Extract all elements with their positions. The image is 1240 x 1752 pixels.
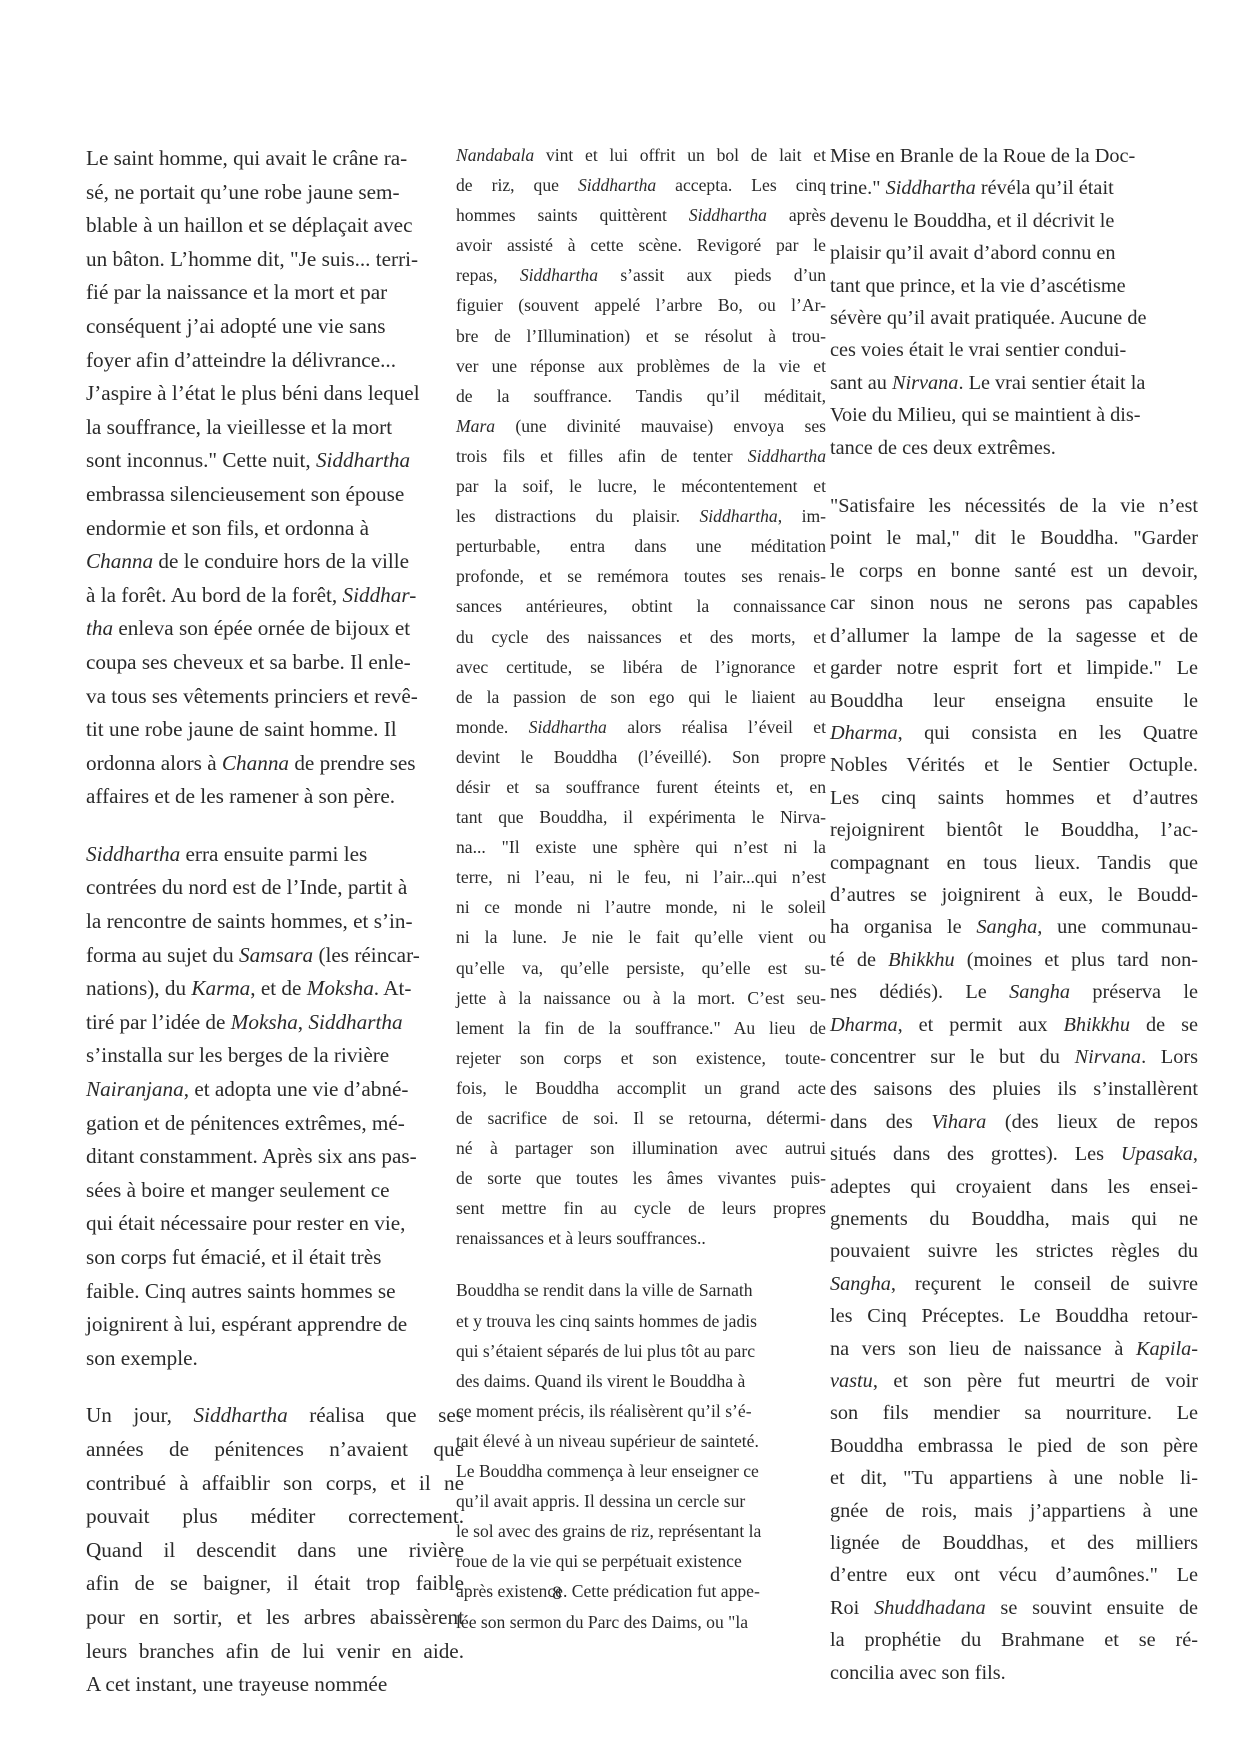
text-run: le sol avec des grains de riz, représent…: [456, 1521, 761, 1541]
paragraph: Nandabala vint et lui offrit un bol de l…: [456, 140, 826, 1253]
text-line: tant que prince, et la vie d’ascétisme: [830, 270, 1198, 302]
text-line: Mise en Branle de la Roue de la Doc-: [830, 140, 1198, 172]
text-line: figuier (souvent appelé l’arbre Bo, ou l…: [456, 290, 826, 320]
text-run: pouvaient suivre les strictes règles du: [830, 1240, 1198, 1262]
text-line: s’installa sur les berges de la rivière: [86, 1039, 464, 1073]
text-line: sées à boire et manger seulement ce: [86, 1174, 464, 1208]
text-line: Siddhartha erra ensuite parmi les: [86, 838, 464, 872]
text-line: ordonna alors à Channa de prendre ses: [86, 747, 464, 781]
text-run: qu’il avait appris. Il dessina un cercle…: [456, 1491, 745, 1511]
italic-term: Karma: [191, 976, 250, 1000]
text-run: erra ensuite parmi les: [180, 842, 367, 866]
text-line: trois fils et filles afin de tenter Sidd…: [456, 441, 826, 471]
text-line: plaisir qu’il avait d’abord connu en: [830, 237, 1198, 269]
text-run: gnements du Bouddha, mais qui ne: [830, 1208, 1198, 1230]
italic-term: Siddhartha: [308, 1010, 402, 1034]
text-line: car sinon nous ne serons pas capables: [830, 587, 1198, 619]
text-line: gnée de rois, mais j’appartiens à une: [830, 1495, 1198, 1527]
text-line: sant au Nirvana. Le vrai sentier était l…: [830, 367, 1198, 399]
text-line: monde. Siddhartha alors réalisa l’éveil …: [456, 712, 826, 742]
text-line: Le Bouddha commença à leur enseigner ce: [456, 1456, 826, 1486]
text-line: qu’il avait appris. Il dessina un cercle…: [456, 1486, 826, 1516]
text-line: embrassa silencieusement son épouse: [86, 478, 464, 512]
text-line: son fils mendier sa nourriture. Le: [830, 1397, 1198, 1429]
italic-term: Siddhartha: [689, 205, 767, 225]
text-line: blable à un haillon et se déplaçait avec: [86, 209, 464, 243]
italic-term: Samsara: [239, 943, 313, 967]
text-line: de riz, que Siddhartha accepta. Les cinq: [456, 170, 826, 200]
text-line: ni la lune. Je nie le fait qu’elle vient…: [456, 922, 826, 952]
text-line: tiré par l’idée de Moksha, Siddhartha: [86, 1006, 464, 1040]
text-run: ni ce monde ni l’autre monde, ni le sole…: [456, 897, 826, 917]
text-line: nations), du Karma, et de Moksha. At-: [86, 972, 464, 1006]
text-line: de sacrifice de soi. Il se retourna, dét…: [456, 1103, 826, 1133]
text-line: contrées du nord est de l’Inde, partit à: [86, 871, 464, 905]
italic-term: Sangha: [976, 916, 1037, 938]
text-line: ha organisa le Sangha, une communau-: [830, 911, 1198, 943]
italic-term: Vihara: [931, 1111, 986, 1133]
text-line: contribué à affaiblir son corps, et il n…: [86, 1467, 464, 1501]
italic-term: Kapila-: [1136, 1338, 1198, 1360]
text-line: devenu le Bouddha, et il décrivit le: [830, 205, 1198, 237]
text-run: de le conduire hors de la ville: [153, 549, 409, 573]
text-run: forma au sujet du: [86, 943, 239, 967]
column-middle: Nandabala vint et lui offrit un bol de l…: [456, 140, 826, 1637]
italic-term: Dharma: [830, 1014, 898, 1036]
text-line: repas, Siddhartha s’assit aux pieds d’un: [456, 260, 826, 290]
text-run: point le mal," dit le Bouddha. "Garder: [830, 527, 1198, 549]
text-run: , et son père fut meurtri de voir: [873, 1370, 1198, 1392]
text-run: et dit, "Tu appartiens à une noble li-: [830, 1467, 1198, 1489]
text-run: tiré par l’idée de: [86, 1010, 231, 1034]
text-run: vint et lui offrit un bol de lait et: [534, 145, 826, 165]
text-run: embrassa silencieusement son épouse: [86, 482, 404, 506]
italic-term: Siddhar-: [343, 583, 417, 607]
text-run: compagnant en tous lieux. Tandis que: [830, 852, 1198, 874]
text-line: de la passion de son ego qui le liaient …: [456, 682, 826, 712]
text-run: après existence. Cette prédication fut a…: [456, 1581, 760, 1601]
text-line: des daims. Quand ils virent le Bouddha à: [456, 1366, 826, 1396]
italic-term: Nandabala: [456, 145, 534, 165]
text-run: rejeter son corps et son existence, tout…: [456, 1048, 826, 1068]
text-line: J’aspire à l’état le plus béni dans lequ…: [86, 377, 464, 411]
text-run: Nobles Vérités et le Sentier Octuple.: [830, 754, 1198, 776]
paragraph: Un jour, Siddhartha réalisa que sesannée…: [86, 1399, 464, 1701]
text-line: coupa ses cheveux et sa barbe. Il enle-: [86, 646, 464, 680]
text-line: jette à la naissance ou à la mort. C’est…: [456, 983, 826, 1013]
text-line: et y trouva les cinq saints hommes de ja…: [456, 1306, 826, 1336]
text-run: contrées du nord est de l’Inde, partit à: [86, 875, 407, 899]
text-line: sont inconnus." Cette nuit, Siddhartha: [86, 444, 464, 478]
text-run: après: [767, 205, 826, 225]
text-run: la souffrance, la vieillesse et la mort: [86, 415, 392, 439]
text-run: plaisir qu’il avait d’abord connu en: [830, 242, 1116, 264]
italic-term: Moksha: [231, 1010, 298, 1034]
text-run: de sorte que toutes les âmes vivantes pu…: [456, 1168, 826, 1188]
text-run: , qui consista en les Quatre: [898, 722, 1198, 744]
paragraph: Siddhartha erra ensuite parmi lescontrée…: [86, 838, 464, 1376]
text-run: ver une réponse aux problèmes de la vie …: [456, 356, 826, 376]
text-line: Bouddha leur enseigna ensuite le: [830, 685, 1198, 717]
text-line: point le mal," dit le Bouddha. "Garder: [830, 522, 1198, 554]
text-run: d’autres se joignirent à eux, le Boudd-: [830, 884, 1198, 906]
text-line: le sol avec des grains de riz, représent…: [456, 1516, 826, 1546]
text-line: compagnant en tous lieux. Tandis que: [830, 847, 1198, 879]
text-run: ha organisa le: [830, 916, 976, 938]
text-line: concilia avec son fils.: [830, 1657, 1198, 1689]
text-line: les Cinq Préceptes. Le Bouddha retour-: [830, 1300, 1198, 1332]
text-line: la prophétie du Brahmane et se ré-: [830, 1624, 1198, 1656]
text-line: A cet instant, une trayeuse nommée: [86, 1668, 464, 1702]
text-run: dans des: [830, 1111, 931, 1133]
text-run: affaires et de les ramener à son père.: [86, 784, 395, 808]
text-line: Quand il descendit dans une rivière: [86, 1534, 464, 1568]
text-run: terre, ni l’eau, ni le feu, ni l’air...q…: [456, 867, 826, 887]
text-line: des saisons des pluies ils s’installèren…: [830, 1073, 1198, 1105]
text-run: nes dédiés). Le: [830, 981, 1009, 1003]
italic-term: Channa: [222, 751, 289, 775]
text-line: Roi Shuddhadana se souvint ensuite de: [830, 1592, 1198, 1624]
text-run: son fils mendier sa nourriture. Le: [830, 1402, 1198, 1424]
text-run: , et permit aux: [898, 1014, 1064, 1036]
text-run: "Satisfaire les nécessités de la vie n’e…: [830, 495, 1198, 517]
text-run: tance de ces deux extrêmes.: [830, 437, 1056, 459]
text-run: sent mettre fin au cycle de leurs propre…: [456, 1198, 826, 1218]
text-run: Un jour,: [86, 1403, 194, 1427]
text-run: devint le Bouddha (l’éveillé). Son propr…: [456, 747, 826, 767]
text-run: s’assit aux pieds d’un: [598, 265, 826, 285]
text-run: , im-: [778, 506, 826, 526]
text-line: devint le Bouddha (l’éveillé). Son propr…: [456, 742, 826, 772]
text-line: sé, ne portait qu’une robe jaune sem-: [86, 176, 464, 210]
text-line: Nandabala vint et lui offrit un bol de l…: [456, 140, 826, 170]
text-run: (des lieux de repos: [986, 1111, 1198, 1133]
text-line: nes dédiés). Le Sangha préserva le: [830, 976, 1198, 1008]
text-run: ces voies était le vrai sentier condui-: [830, 339, 1126, 361]
text-line: té de Bhikkhu (moines et plus tard non-: [830, 944, 1198, 976]
italic-term: Siddhartha: [748, 446, 826, 466]
text-line: pouvait plus méditer correctement.: [86, 1500, 464, 1534]
text-run: coupa ses cheveux et sa barbe. Il enle-: [86, 650, 411, 674]
text-run: concentrer sur le but du: [830, 1046, 1075, 1068]
text-run: ni la lune. Je nie le fait qu’elle vient…: [456, 927, 826, 947]
text-run: Les cinq saints hommes et d’autres: [830, 787, 1198, 809]
text-line: avoir assisté à cette scène. Revigoré pa…: [456, 230, 826, 260]
text-run: Bouddha se rendit dans la ville de Sarna…: [456, 1280, 753, 1300]
text-line: ni ce monde ni l’autre monde, ni le sole…: [456, 892, 826, 922]
text-run: tait élevé à un niveau supérieur de sain…: [456, 1431, 759, 1451]
text-run: désir et sa souffrance furent éteints et…: [456, 777, 826, 797]
text-run: concilia avec son fils.: [830, 1662, 1006, 1684]
text-line: Nobles Vérités et le Sentier Octuple.: [830, 749, 1198, 781]
text-line: Un jour, Siddhartha réalisa que ses: [86, 1399, 464, 1433]
text-run: fois, le Bouddha accomplit un grand acte: [456, 1078, 826, 1098]
text-run: par la soif, le lucre, le mécontentement…: [456, 476, 826, 496]
text-line: Mara (une divinité mauvaise) envoya ses: [456, 411, 826, 441]
text-line: d’entre eux ont vécu d’aumônes." Le: [830, 1559, 1198, 1591]
text-line: vastu, et son père fut meurtri de voir: [830, 1365, 1198, 1397]
text-line: joignirent à lui, espérant apprendre de: [86, 1308, 464, 1342]
text-run: à la forêt. Au bord de la forêt,: [86, 583, 343, 607]
text-run: Quand il descendit dans une rivière: [86, 1538, 464, 1562]
text-line: qui s’étaient séparés de lui plus tôt au…: [456, 1336, 826, 1366]
text-run: contribué à affaiblir son corps, et il n…: [86, 1471, 464, 1495]
text-run: préserva le: [1070, 981, 1198, 1003]
text-run: qui s’étaient séparés de lui plus tôt au…: [456, 1341, 755, 1361]
text-run: perturbable, entra dans une méditation: [456, 536, 826, 556]
text-line: qu’elle va, qu’elle persiste, qu’elle es…: [456, 953, 826, 983]
text-run: . Le vrai sentier était la: [958, 372, 1145, 394]
text-run: , une communau-: [1037, 916, 1198, 938]
italic-term: Siddhartha: [194, 1403, 288, 1427]
text-line: bre de l’Illumination) et se résolut à t…: [456, 321, 826, 351]
text-run: sont inconnus." Cette nuit,: [86, 448, 316, 472]
italic-term: Upasaka: [1121, 1143, 1193, 1165]
text-line: rejoignirent bientôt le Bouddha, l’ac-: [830, 814, 1198, 846]
text-run: qu’elle va, qu’elle persiste, qu’elle es…: [456, 958, 826, 978]
text-run: té de: [830, 949, 888, 971]
text-run: de la souffrance. Tandis qu’il méditait,: [456, 386, 826, 406]
text-run: Bouddha leur enseigna ensuite le: [830, 690, 1198, 712]
text-line: d’allumer la lampe de la sagesse et de: [830, 620, 1198, 652]
text-line: afin de se baigner, il était trop faible: [86, 1567, 464, 1601]
text-run: révéla qu’il était: [976, 177, 1114, 199]
text-line: renaissances et à leurs souffrances..: [456, 1223, 826, 1253]
text-line: Bouddha embrassa le pied de son père: [830, 1430, 1198, 1462]
text-run: ,: [298, 1010, 309, 1034]
text-line: conséquent j’ai adopté une vie sans: [86, 310, 464, 344]
text-run: foyer afin d’atteindre la délivrance...: [86, 348, 396, 372]
text-run: endormie et son fils, et ordonna à: [86, 516, 369, 540]
text-line: avec certitude, se libéra de l’ignorance…: [456, 652, 826, 682]
text-line: du cycle des naissances et des morts, et: [456, 622, 826, 652]
text-run: sances antérieures, obtint la connaissan…: [456, 596, 826, 616]
text-run: adeptes qui croyaient dans les ensei-: [830, 1176, 1198, 1198]
text-run: qui était nécessaire pour rester en vie,: [86, 1211, 405, 1235]
text-run: alors réalisa l’éveil et: [607, 717, 826, 737]
text-line: ditant constamment. Après six ans pas-: [86, 1140, 464, 1174]
text-run: pouvait plus méditer correctement.: [86, 1504, 464, 1528]
italic-term: Siddhartha: [578, 175, 656, 195]
text-line: fois, le Bouddha accomplit un grand acte: [456, 1073, 826, 1103]
text-line: Sangha, reçurent le conseil de suivre: [830, 1268, 1198, 1300]
paragraph: "Satisfaire les nécessités de la vie n’e…: [830, 490, 1198, 1689]
text-line: Le saint homme, qui avait le crâne ra-: [86, 142, 464, 176]
text-line: tant que Bouddha, il expérimenta le Nirv…: [456, 802, 826, 832]
text-line: affaires et de les ramener à son père.: [86, 780, 464, 814]
text-run: J’aspire à l’état le plus béni dans lequ…: [86, 381, 420, 405]
text-run: blable à un haillon et se déplaçait avec: [86, 213, 413, 237]
text-run: trine.": [830, 177, 886, 199]
text-line: lement la fin de la souffrance." Au lieu…: [456, 1013, 826, 1043]
text-line: endormie et son fils, et ordonna à: [86, 512, 464, 546]
text-run: (une divinité mauvaise) envoya ses: [495, 416, 826, 436]
text-line: de la souffrance. Tandis qu’il méditait,: [456, 381, 826, 411]
text-run: de riz, que: [456, 175, 578, 195]
text-run: conséquent j’ai adopté une vie sans: [86, 314, 385, 338]
italic-term: Siddhartha: [86, 842, 180, 866]
italic-term: Bhikkhu: [1064, 1014, 1130, 1036]
text-run: lée son sermon du Parc des Daims, ou "la: [456, 1612, 748, 1632]
text-run: afin de se baigner, il était trop faible: [86, 1571, 464, 1595]
text-line: Dharma, qui consista en les Quatre: [830, 717, 1198, 749]
text-run: sévère qu’il avait pratiquée. Aucune de: [830, 307, 1146, 329]
text-run: . At-: [374, 976, 412, 1000]
text-run: , reçurent le conseil de suivre: [891, 1273, 1198, 1295]
text-run: Le Bouddha commença à leur enseigner ce: [456, 1461, 759, 1481]
text-line: gation et de pénitences extrêmes, mé-: [86, 1107, 464, 1141]
column-right: Mise en Branle de la Roue de la Doc-trin…: [830, 140, 1198, 1689]
text-line: roue de la vie qui se perpétuait existen…: [456, 1546, 826, 1576]
italic-term: Sangha: [830, 1273, 891, 1295]
text-run: monde.: [456, 717, 529, 737]
text-run: jette à la naissance ou à la mort. C’est…: [456, 988, 826, 1008]
text-run: avec certitude, se libéra de l’ignorance…: [456, 657, 826, 677]
text-run: figuier (souvent appelé l’arbre Bo, ou l…: [456, 295, 826, 315]
text-line: sances antérieures, obtint la connaissan…: [456, 591, 826, 621]
text-run: sé, ne portait qu’une robe jaune sem-: [86, 180, 400, 204]
text-run: tant que Bouddha, il expérimenta le Nirv…: [456, 807, 826, 827]
text-run: années de pénitences n’avaient que: [86, 1437, 464, 1461]
italic-term: Moksha: [307, 976, 374, 1000]
text-run: devenu le Bouddha, et il décrivit le: [830, 210, 1114, 232]
text-run: ,: [1193, 1143, 1198, 1165]
text-line: terre, ni l’eau, ni le feu, ni l’air...q…: [456, 862, 826, 892]
text-line: le corps en bonne santé est un devoir,: [830, 555, 1198, 587]
text-line: na... "Il existe une sphère qui n’est ni…: [456, 832, 826, 862]
italic-term: Siddhartha: [316, 448, 410, 472]
text-run: renaissances et à leurs souffrances..: [456, 1228, 706, 1248]
text-line: "Satisfaire les nécessités de la vie n’e…: [830, 490, 1198, 522]
text-line: adeptes qui croyaient dans les ensei-: [830, 1171, 1198, 1203]
text-run: hommes saints quittèrent: [456, 205, 689, 225]
text-line: lignée de Bouddhas, et des milliers: [830, 1527, 1198, 1559]
text-run: la rencontre de saints hommes, et s’in-: [86, 909, 413, 933]
text-line: de sorte que toutes les âmes vivantes pu…: [456, 1163, 826, 1193]
text-run: tant que prince, et la vie d’ascétisme: [830, 275, 1126, 297]
paragraph-gap: [86, 814, 464, 838]
text-run: va tous ses vêtements princiers et revê-: [86, 684, 418, 708]
text-run: d’entre eux ont vécu d’aumônes." Le: [830, 1564, 1198, 1586]
text-line: Channa de le conduire hors de la ville: [86, 545, 464, 579]
text-run: ditant constamment. Après six ans pas-: [86, 1144, 417, 1168]
text-run: Mise en Branle de la Roue de la Doc-: [830, 145, 1135, 167]
text-run: bre de l’Illumination) et se résolut à t…: [456, 326, 826, 346]
text-run: les Cinq Préceptes. Le Bouddha retour-: [830, 1305, 1198, 1327]
text-line: profonde, et se remémora toutes ses rena…: [456, 561, 826, 591]
text-line: un bâton. L’homme dit, "Je suis... terri…: [86, 243, 464, 277]
italic-term: Channa: [86, 549, 153, 573]
text-line: Les cinq saints hommes et d’autres: [830, 782, 1198, 814]
text-line: na vers son lieu de naissance à Kapila-: [830, 1333, 1198, 1365]
text-run: rejoignirent bientôt le Bouddha, l’ac-: [830, 819, 1198, 841]
text-line: son exemple.: [86, 1342, 464, 1376]
text-run: Voie du Milieu, qui se maintient à dis-: [830, 404, 1141, 426]
text-run: faible. Cinq autres saints hommes se: [86, 1279, 396, 1303]
text-run: garder notre esprit fort et limpide." Le: [830, 657, 1198, 679]
italic-term: Siddhartha: [700, 506, 778, 526]
text-line: tait élevé à un niveau supérieur de sain…: [456, 1426, 826, 1456]
text-run: lement la fin de la souffrance." Au lieu…: [456, 1018, 826, 1038]
italic-term: tha: [86, 616, 113, 640]
text-run: d’allumer la lampe de la sagesse et de: [830, 625, 1198, 647]
text-line: Bouddha se rendit dans la ville de Sarna…: [456, 1275, 826, 1305]
text-run: , et adopta une vie d’abné-: [184, 1077, 409, 1101]
text-run: gation et de pénitences extrêmes, mé-: [86, 1111, 405, 1135]
italic-term: vastu: [830, 1370, 873, 1392]
text-line: désir et sa souffrance furent éteints et…: [456, 772, 826, 802]
text-line: Voie du Milieu, qui se maintient à dis-: [830, 399, 1198, 431]
text-run: accepta. Les cinq: [656, 175, 826, 195]
text-line: par la soif, le lucre, le mécontentement…: [456, 471, 826, 501]
text-run: profonde, et se remémora toutes ses rena…: [456, 566, 826, 586]
text-line: pouvaient suivre les strictes règles du: [830, 1235, 1198, 1267]
paragraph: Le saint homme, qui avait le crâne ra-sé…: [86, 142, 464, 814]
text-line: trine." Siddhartha révéla qu’il était: [830, 172, 1198, 204]
text-run: ordonna alors à: [86, 751, 222, 775]
text-run: le corps en bonne santé est un devoir,: [830, 560, 1198, 582]
text-run: des daims. Quand ils virent le Bouddha à: [456, 1371, 745, 1391]
text-line: tit une robe jaune de saint homme. Il: [86, 713, 464, 747]
italic-term: Nairanjana: [86, 1077, 184, 1101]
text-run: na... "Il existe une sphère qui n’est ni…: [456, 837, 826, 857]
page-number: 8: [545, 1583, 569, 1605]
text-line: foyer afin d’atteindre la délivrance...: [86, 344, 464, 378]
italic-term: Siddhartha: [886, 177, 976, 199]
text-line: la rencontre de saints hommes, et s’in-: [86, 905, 464, 939]
text-run: car sinon nous ne serons pas capables: [830, 592, 1198, 614]
text-line: son corps fut émacié, et il était très: [86, 1241, 464, 1275]
text-run: la prophétie du Brahmane et se ré-: [830, 1629, 1198, 1651]
text-run: son corps fut émacié, et il était très: [86, 1245, 381, 1269]
text-run: leurs branches afin de lui venir en aide…: [86, 1639, 464, 1663]
italic-term: Mara: [456, 416, 495, 436]
text-run: réalisa que ses: [288, 1403, 464, 1427]
text-run: s’installa sur les berges de la rivière: [86, 1043, 389, 1067]
italic-term: Sangha: [1009, 981, 1070, 1003]
text-run: . Lors: [1141, 1046, 1198, 1068]
italic-term: Nirvana: [892, 372, 958, 394]
text-line: pour en sortir, et les arbres abaissèren…: [86, 1601, 464, 1635]
text-run: lignée de Bouddhas, et des milliers: [830, 1532, 1198, 1554]
text-line: la souffrance, la vieillesse et la mort: [86, 411, 464, 445]
text-line: années de pénitences n’avaient que: [86, 1433, 464, 1467]
paragraph: Mise en Branle de la Roue de la Doc-trin…: [830, 140, 1198, 464]
text-run: enleva son épée ornée de bijoux et: [113, 616, 410, 640]
text-line: à la forêt. Au bord de la forêt, Siddhar…: [86, 579, 464, 613]
text-run: du cycle des naissances et des morts, et: [456, 627, 826, 647]
text-run: na vers son lieu de naissance à: [830, 1338, 1136, 1360]
text-run: repas,: [456, 265, 520, 285]
italic-term: Bhikkhu: [888, 949, 954, 971]
paragraph: Bouddha se rendit dans la ville de Sarna…: [456, 1275, 826, 1636]
text-run: trois fils et filles afin de tenter: [456, 446, 748, 466]
text-run: son exemple.: [86, 1346, 198, 1370]
text-run: , et de: [250, 976, 306, 1000]
text-run: fié par la naissance et la mort et par: [86, 280, 387, 304]
text-run: un bâton. L’homme dit, "Je suis... terri…: [86, 247, 418, 271]
text-run: sant au: [830, 372, 892, 394]
text-run: avoir assisté à cette scène. Revigoré pa…: [456, 235, 826, 255]
text-line: concentrer sur le but du Nirvana. Lors: [830, 1041, 1198, 1073]
text-line: fié par la naissance et la mort et par: [86, 276, 464, 310]
text-line: Nairanjana, et adopta une vie d’abné-: [86, 1073, 464, 1107]
text-line: tha enleva son épée ornée de bijoux et: [86, 612, 464, 646]
text-run: (les réincar-: [313, 943, 420, 967]
text-line: hommes saints quittèrent Siddhartha aprè…: [456, 200, 826, 230]
text-line: sent mettre fin au cycle de leurs propre…: [456, 1193, 826, 1223]
paragraph-gap: [830, 464, 1198, 490]
